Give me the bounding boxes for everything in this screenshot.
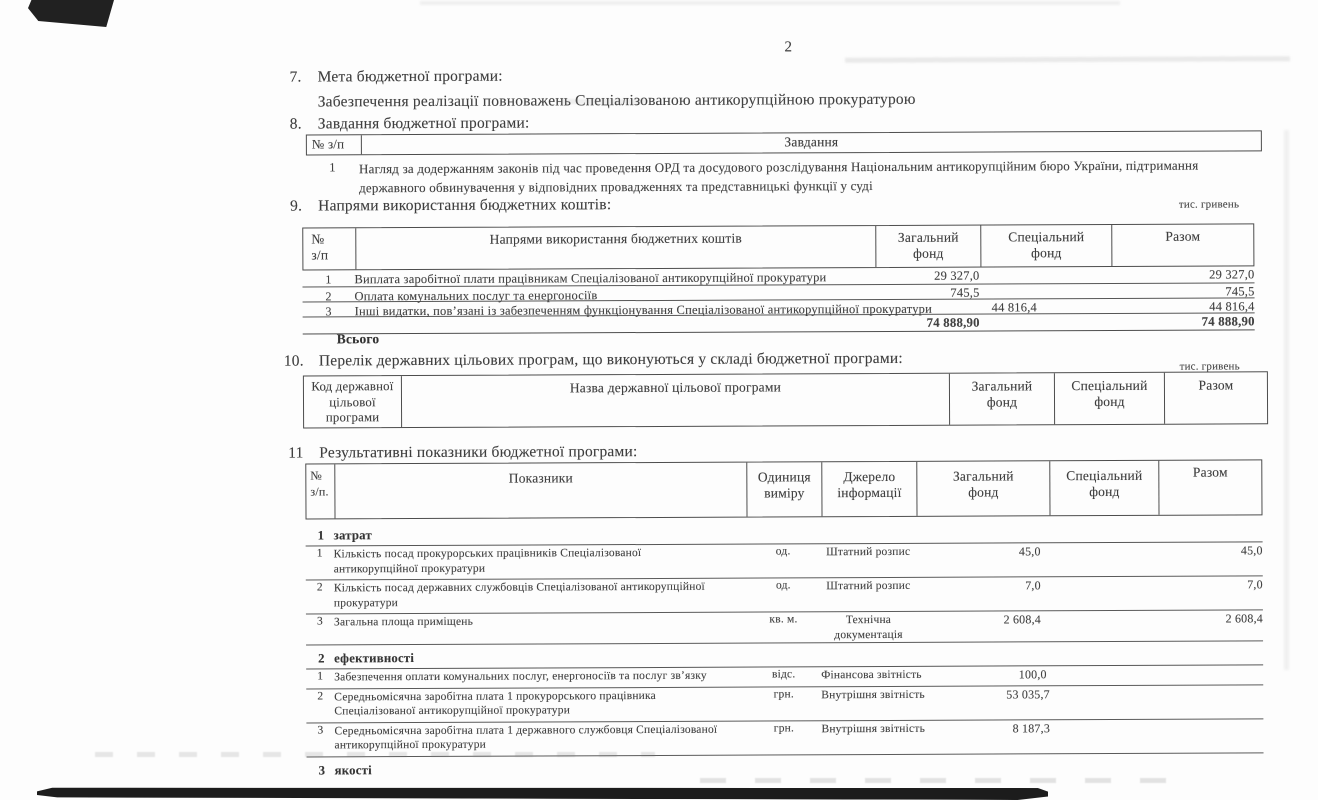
special-fund-value: [1049, 611, 1158, 641]
unit-value: грн.: [746, 721, 821, 754]
directions-header-total: Разом: [1111, 224, 1253, 266]
row-number: 2: [306, 580, 334, 613]
general-fund-value: 8 187,3: [925, 720, 1058, 754]
state-programs-header-name: Назва державної цільової програми: [401, 374, 949, 427]
total-value: 2 608,4: [1158, 610, 1263, 640]
state-programs-header-general: Загальний фонд: [949, 373, 1054, 424]
indicator-name: Середньомісячна заробітна плата 1 держав…: [334, 721, 746, 756]
totals-special-value: [980, 314, 1111, 331]
row-number: 3: [306, 614, 334, 644]
task-row-text: Нагляд за додержанням законів під час пр…: [359, 156, 1217, 198]
document-content: 2 7. Мета бюджетної програми: Забезпечен…: [0, 0, 1318, 800]
row-number: 3: [306, 723, 334, 756]
indicator-name: Забезпечення оплати комунальних послуг, …: [334, 668, 746, 688]
section-10-heading: 10. Перелік державних цільових програм, …: [284, 350, 903, 371]
source-value: Технічна документація: [821, 612, 916, 642]
task-row-number: 1: [306, 159, 359, 197]
section-11-number: 11: [288, 444, 319, 462]
section-11-heading: 11 Результативні показники бюджетної про…: [288, 443, 637, 463]
section-10-title: Перелік державних цільових програм, що в…: [319, 350, 903, 371]
section-11-title: Результативні показники бюджетної програ…: [319, 443, 637, 462]
group-label: затрат: [334, 528, 372, 543]
row-number: 2: [303, 287, 355, 301]
source-value: Штатний розпис: [821, 544, 916, 577]
source-value: Фінансова звітність: [821, 667, 922, 686]
special-fund-value: [1058, 719, 1167, 752]
totals-general-value: 74 888,90: [875, 315, 980, 331]
indicator-name: Кількість посад державних службовців Спе…: [334, 579, 746, 614]
special-fund-value: [1037, 299, 1168, 314]
special-fund-value: [1058, 685, 1167, 718]
special-fund-value: [1049, 577, 1158, 610]
section-9-number: 9.: [290, 197, 318, 215]
totals-label: Всього: [337, 331, 380, 347]
table-row: 1 Кількість посад прокурорських працівни…: [306, 542, 1263, 580]
unit-value: кв. м.: [746, 612, 821, 642]
special-fund-value: [1049, 543, 1158, 576]
special-fund-value: [979, 267, 1110, 284]
general-fund-value: 745,5: [875, 285, 980, 299]
total-value: [1164, 665, 1264, 684]
total-value: 45,0: [1158, 542, 1263, 575]
source-value: Внутрішня звітність: [821, 686, 925, 719]
table-row: 2 Середньомісячна заробітна плата 1 прок…: [306, 685, 1263, 723]
general-fund-value: 2 608,4: [916, 611, 1049, 642]
directions-table-header: № з/п Напрями використання бюджетних кош…: [302, 223, 1254, 270]
state-programs-header-special: Спеціальний фонд: [1054, 373, 1164, 424]
general-fund-value: 45,0: [916, 543, 1049, 577]
general-fund-value: 7,0: [916, 577, 1049, 611]
directions-header-general: Загальний фонд: [875, 226, 980, 267]
row-number: 3: [303, 302, 355, 316]
task-table-header: № з/п Завдання: [306, 130, 1262, 155]
section-7-title: Мета бюджетної програми:: [318, 68, 503, 87]
direction-name: Інші видатки, пов’язані із забезпеченням…: [355, 300, 932, 317]
table-row: 3 Середньомісячна заробітна плата 1 держ…: [306, 719, 1263, 757]
row-number: 1: [306, 546, 334, 579]
general-fund-value: 53 035,7: [925, 686, 1058, 720]
unit-value: од.: [746, 578, 821, 611]
indicators-table-body: 1 затрат 1 Кількість посад прокурорських…: [306, 524, 1264, 780]
section-8-heading: 8. Завдання бюджетної програми:: [290, 115, 530, 134]
source-value: Штатний розпис: [821, 578, 916, 611]
section-9-heading: 9. Напрями використання бюджетних коштів…: [290, 196, 611, 215]
page-number: 2: [784, 39, 792, 56]
table-row: 3 Загальна площа приміщень кв. м. Техніч…: [306, 610, 1263, 645]
section-7-number: 7.: [290, 68, 318, 86]
units-label-9: тис. гривень: [1099, 198, 1239, 211]
totals-spacer: [355, 315, 875, 333]
indicator-name: Кількість посад прокурорських працівникі…: [334, 545, 746, 580]
indicators-header-special: Спеціальний фонд: [1049, 461, 1158, 515]
task-table-header-task: Завдання: [361, 131, 1261, 154]
indicator-name: Загальна площа приміщень: [334, 613, 746, 645]
row-number: 1: [306, 669, 334, 688]
state-programs-header-total: Разом: [1164, 372, 1267, 423]
total-value: [1167, 719, 1264, 752]
indicator-group-title: 3 якості: [307, 759, 1264, 780]
row-number: 2: [306, 689, 334, 722]
directions-header-special: Спеціальний фонд: [980, 225, 1111, 267]
indicators-table-header: № з/п. Показники Одиниця виміру Джерело …: [305, 459, 1262, 519]
row-number: 1: [302, 270, 354, 286]
general-fund-value: 29 327,0: [874, 268, 979, 284]
section-10-number: 10.: [284, 352, 319, 370]
total-value: 745,5: [1110, 283, 1254, 298]
special-fund-value: [1055, 666, 1164, 685]
group-label: якості: [335, 763, 372, 778]
totals-row: 74 888,90 74 888,90: [303, 313, 1255, 334]
direction-name: Виплата заробітної плати працівникам Спе…: [354, 268, 874, 286]
total-value: 29 327,0: [1110, 266, 1254, 283]
group-number: 2: [318, 651, 334, 666]
direction-name: Оплата комунальних послуг та енергоносії…: [355, 285, 875, 301]
total-value: [1167, 685, 1264, 718]
special-fund-value: [979, 284, 1110, 299]
indicators-header-general: Загальний фонд: [916, 461, 1049, 516]
state-programs-table-header: Код державної цільової програми Назва де…: [303, 371, 1268, 428]
unit-value: відс.: [746, 667, 821, 686]
table-row: 2 Кількість посад державних службовців С…: [306, 576, 1263, 614]
task-table-header-num: № з/п: [307, 135, 361, 154]
total-value: 7,0: [1158, 576, 1263, 609]
section-7-heading: 7. Мета бюджетної програми:: [290, 68, 503, 87]
section-9-title: Напрями використання бюджетних коштів:: [318, 196, 611, 215]
section-8-number: 8.: [290, 115, 318, 133]
task-table-row: 1 Нагляд за додержанням законів під час …: [306, 155, 1262, 197]
directions-header-num: № з/п: [303, 228, 355, 269]
indicators-header-unit: Одиниця виміру: [746, 462, 821, 516]
scanned-document-page: 2 7. Мета бюджетної програми: Забезпечен…: [0, 0, 1318, 800]
general-fund-value: 100,0: [922, 666, 1055, 685]
totals-total-value: 74 888,90: [1111, 313, 1255, 330]
source-value: Внутрішня звітність: [821, 720, 925, 753]
indicator-name: Середньомісячна заробітна плата 1 прокур…: [334, 687, 746, 722]
total-value: 44 816,4: [1168, 298, 1255, 312]
group-number: 3: [319, 763, 335, 778]
indicators-header-num: № з/п.: [306, 464, 334, 518]
indicators-header-source: Джерело інформації: [821, 462, 916, 516]
directions-header-name: Напрями використання бюджетних коштів: [355, 226, 875, 269]
state-programs-header-code: Код державної цільової програми: [304, 376, 401, 427]
unit-value: од.: [746, 544, 821, 577]
indicators-header-total: Разом: [1158, 460, 1261, 514]
general-fund-value: 44 816,4: [932, 299, 1037, 313]
section-8-title: Завдання бюджетної програми:: [318, 115, 530, 134]
directions-table-body: 1 Виплата заробітної плати працівникам С…: [302, 266, 1254, 334]
section-7-body: Забезпечення реалізації повноважень Спец…: [318, 91, 916, 112]
group-number: 1: [318, 528, 334, 543]
unit-value: грн.: [746, 687, 821, 720]
indicators-header-name: Показники: [334, 463, 746, 519]
group-label: ефективності: [334, 651, 414, 666]
